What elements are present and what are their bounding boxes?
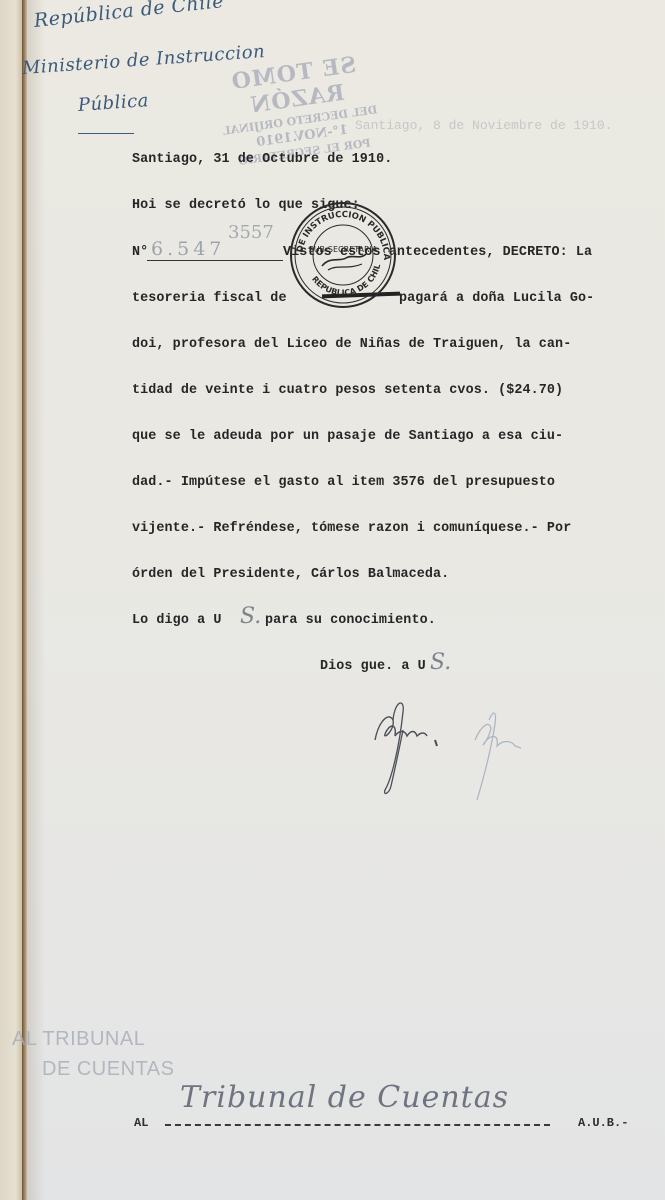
decree-alt-number: 3557 — [228, 222, 274, 243]
decree-line-6: dad.- Impútese el gasto al item 3576 del… — [132, 475, 555, 490]
document-page — [27, 0, 665, 1200]
decree-number-handwritten: 6.547 — [151, 238, 225, 260]
decree-line-4: tidad de veinte i cuatro pesos setenta c… — [132, 383, 563, 398]
decree-line-3: doi, profesora del Liceo de Niñas de Tra… — [132, 337, 571, 352]
decree-number-label: N° — [132, 245, 148, 260]
decree-line-5: que se le adeuda por un pasaje de Santia… — [132, 429, 563, 444]
decree-line-2b: pagará a doña Lucila Go- — [399, 291, 594, 306]
tribunal-stamp-line-1: AL TRIBUNAL — [12, 1028, 145, 1051]
bleed-through-date: Santiago, 8 de Noviembre de 1910. — [355, 118, 612, 133]
svg-text:SUB-SECRETARIA: SUB-SECRETARIA — [309, 245, 378, 254]
us-abbreviation-mark: S. — [240, 604, 261, 629]
decree-line-2a: tesoreria fiscal de — [132, 291, 287, 306]
ministry-seal: DE INSTRUCCION PUBLICA REPUBLICA DE CHIL… — [288, 200, 398, 310]
decree-line-7: vijente.- Refréndese, tómese razon i com… — [132, 521, 571, 536]
letterhead-rule — [78, 133, 134, 134]
us-abbreviation-mark-2: S. — [430, 650, 451, 675]
typist-initials: A.U.B.- — [578, 1116, 628, 1130]
al-label: AL — [134, 1116, 148, 1130]
page-gutter-shadow — [27, 0, 45, 1200]
address-dashed-line — [165, 1124, 550, 1126]
closing-line-1b: para su conocimiento. — [265, 613, 436, 628]
closing-line-2: Dios gue. a U — [320, 659, 426, 674]
tribunal-stamp-line-2: DE CUENTAS — [42, 1058, 174, 1081]
closing-line-1a: Lo digo a U — [132, 613, 222, 628]
handwritten-addressee: Tribunal de Cuentas — [180, 1080, 509, 1115]
document-date: Santiago, 31 de Octubre de 1910. — [132, 152, 392, 167]
decree-line-8: órden del Presidente, Cárlos Balmaceda. — [132, 567, 449, 582]
official-signature — [365, 690, 565, 810]
